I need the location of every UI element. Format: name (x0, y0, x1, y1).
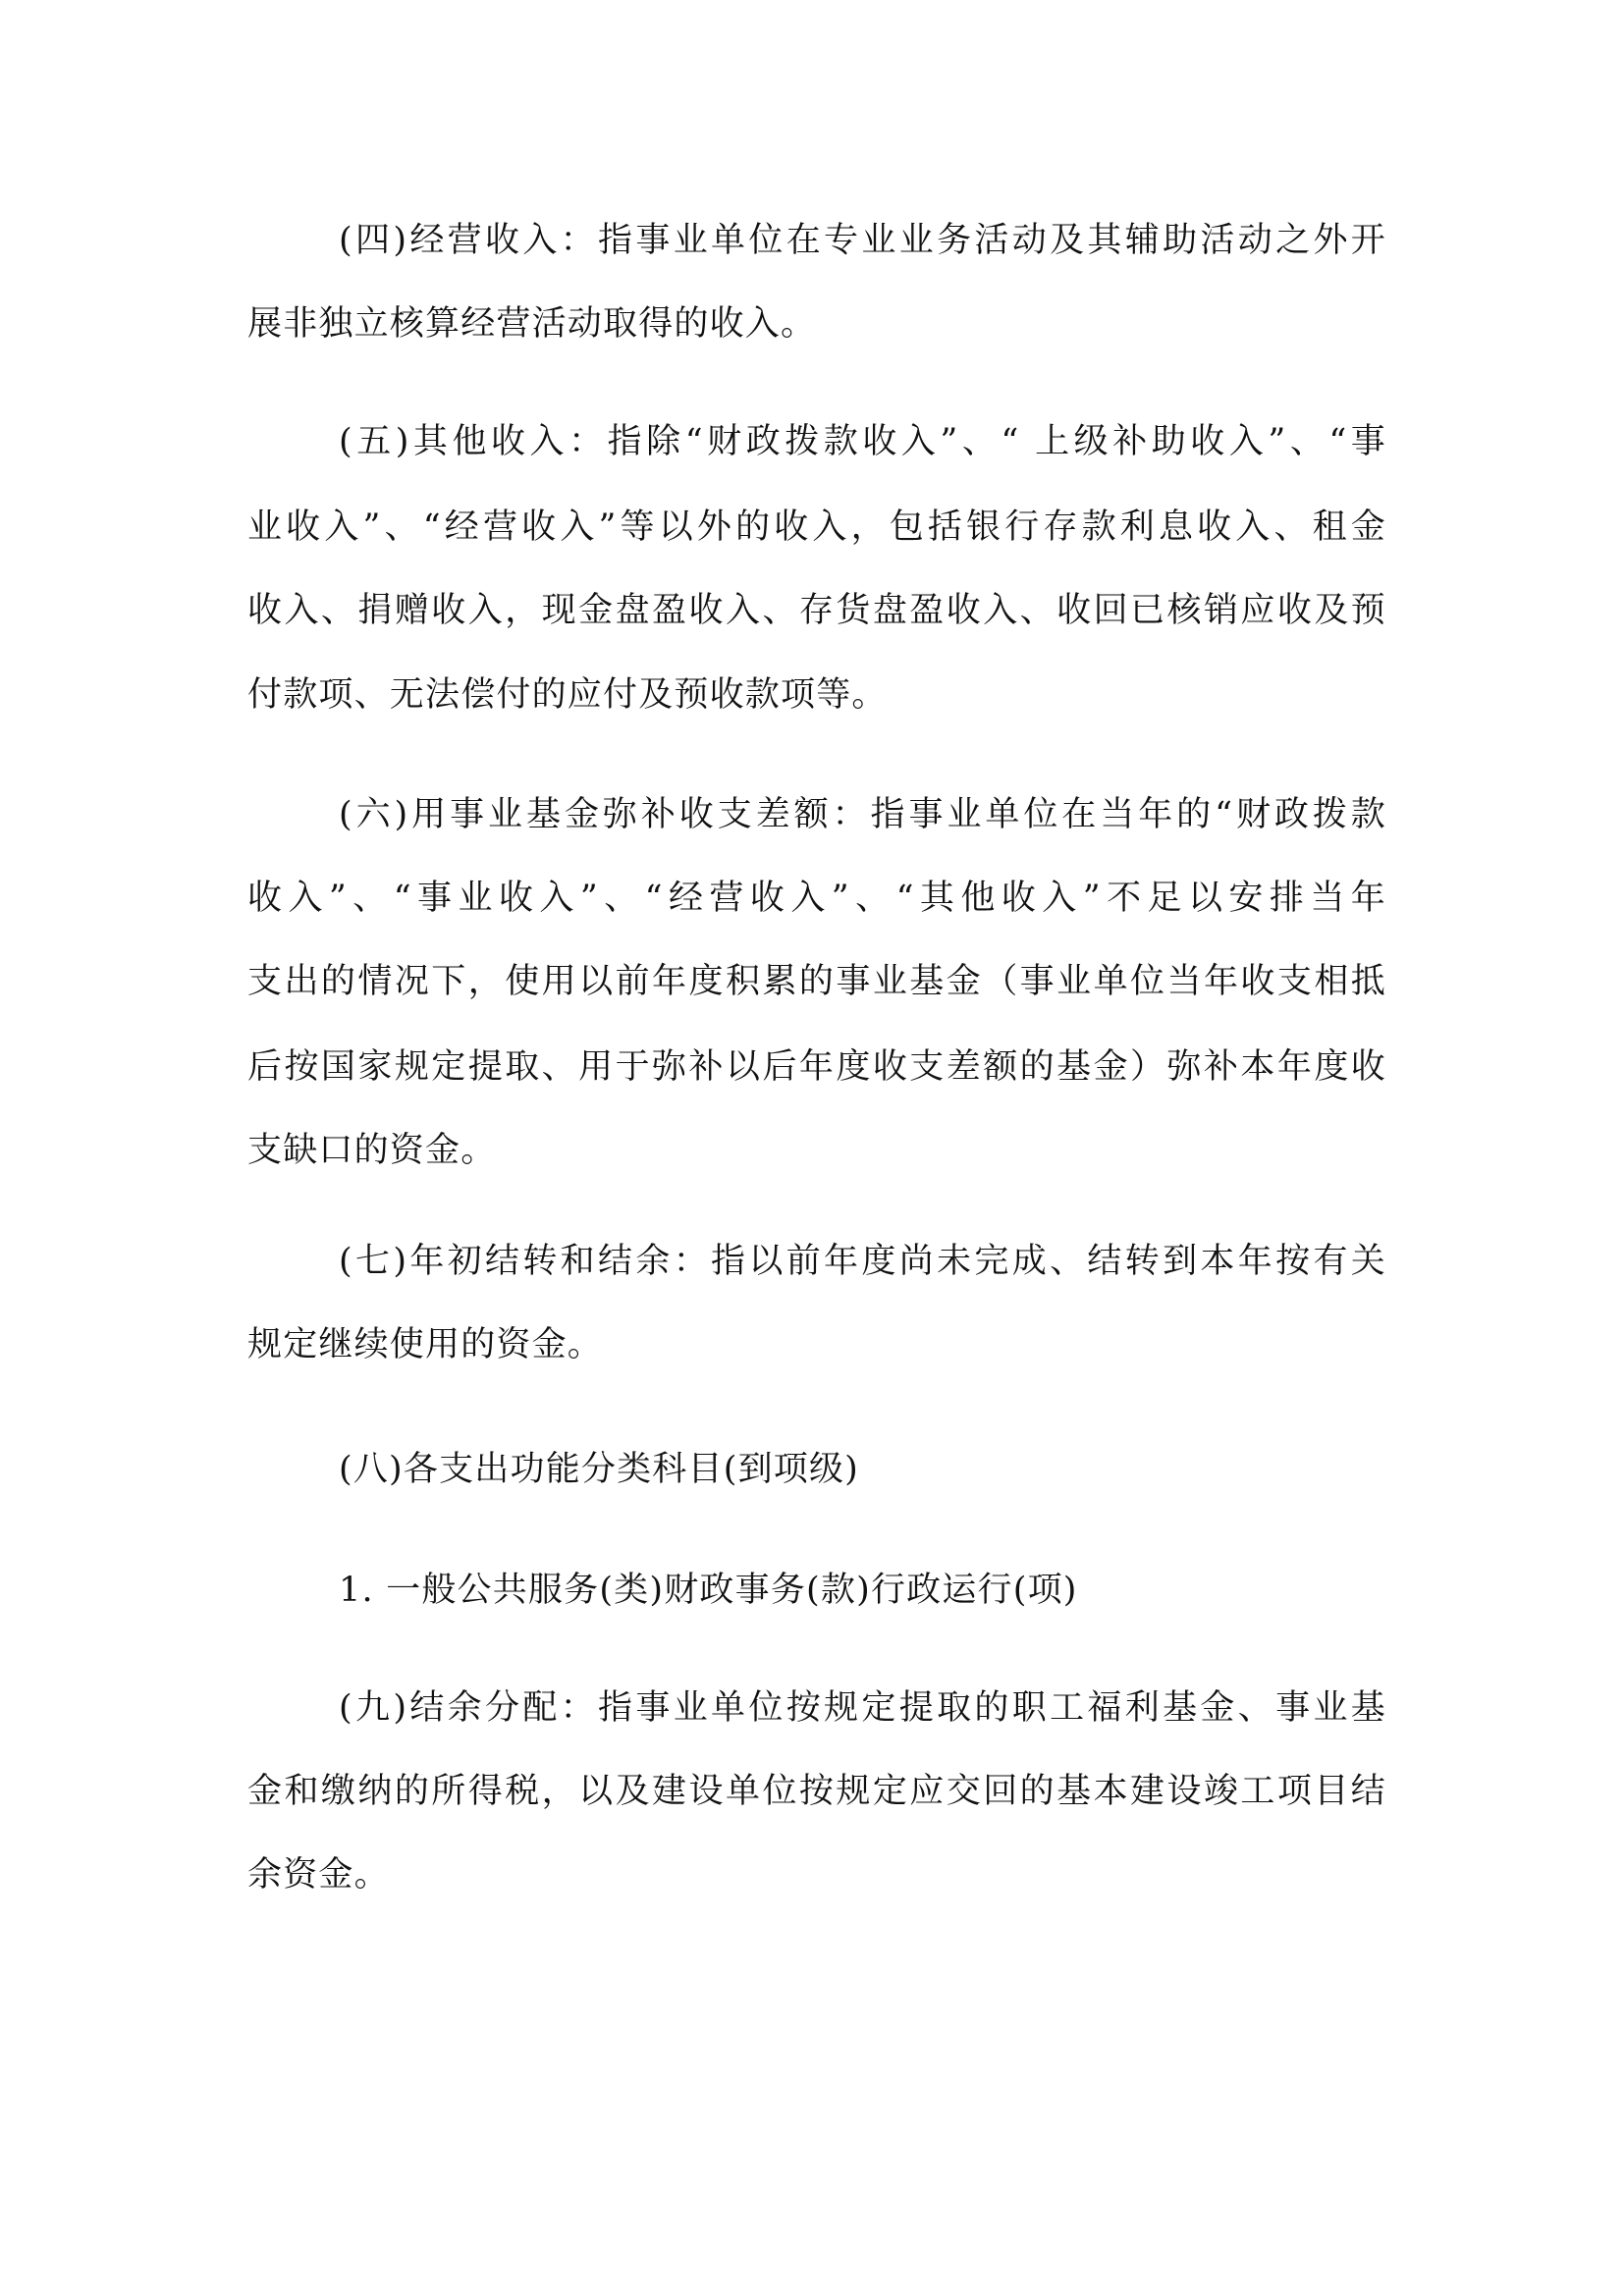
paragraph-8-heading: (八)各支出功能分类科目(到项级) (339, 1448, 1386, 1491)
paragraph-9-line-2: 金和缴纳的所得税，以及建设单位按规定应交回的基本建设竣工项目结 (247, 1770, 1386, 1813)
paragraph-4-line-2: 展非独立核算经营活动取得的收入。 (247, 302, 1386, 346)
paragraph-6-line-2: 收入”、“事业收入”、“经营收入”、“其他收入”不足以安排当年 (247, 877, 1386, 920)
paragraph-6-line-5: 支缺口的资金。 (247, 1129, 1386, 1172)
paragraph-5-line-4: 付款项、无法偿付的应付及预收款项等。 (247, 673, 1386, 717)
paragraph-5-line-3: 收入、捐赠收入，现金盘盈收入、存货盘盈收入、收回已核销应收及预 (247, 589, 1386, 632)
paragraph-4-line-1: (四)经营收入：指事业单位在专业业务活动及其辅助活动之外开 (339, 219, 1386, 262)
document-page: (四)经营收入：指事业单位在专业业务活动及其辅助活动之外开 展非独立核算经营活动… (0, 0, 1624, 2296)
paragraph-5-line-1: (五)其他收入：指除“财政拨款收入”、“ 上级补助收入”、“事 (339, 420, 1386, 463)
paragraph-7-line-2: 规定继续使用的资金。 (247, 1323, 1386, 1366)
paragraph-9-line-1: (九)结余分配：指事业单位按规定提取的职工福利基金、事业基 (339, 1686, 1386, 1730)
paragraph-6-line-4: 后按国家规定提取、用于弥补以后年度收支差额的基金）弥补本年度收 (247, 1045, 1386, 1089)
paragraph-6-line-3: 支出的情况下，使用以前年度积累的事业基金（事业单位当年收支相抵 (247, 960, 1386, 1003)
paragraph-9-line-3: 余资金。 (247, 1853, 1386, 1896)
paragraph-7-line-1: (七)年初结转和结余：指以前年度尚未完成、结转到本年按有关 (339, 1240, 1386, 1283)
paragraph-5-line-2: 业收入”、“经营收入”等以外的收入，包括银行存款利息收入、租金 (247, 506, 1386, 549)
paragraph-6-line-1: (六)用事业基金弥补收支差额：指事业单位在当年的“财政拨款 (339, 793, 1386, 836)
paragraph-8-item-1: 1. 一般公共服务(类)财政事务(款)行政运行(项) (339, 1569, 1386, 1612)
